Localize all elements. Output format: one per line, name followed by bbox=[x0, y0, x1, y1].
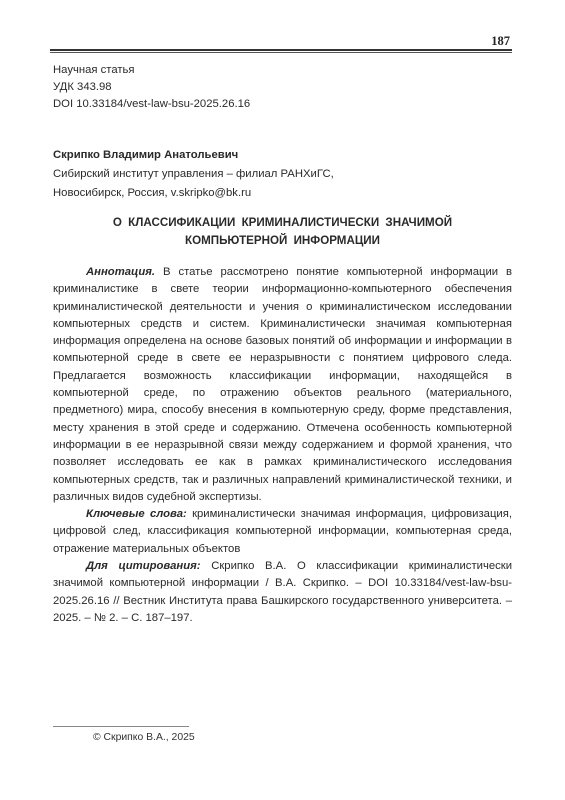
footnote-rule bbox=[53, 726, 189, 727]
doi: DOI 10.33184/vest-law-bsu-2025.26.16 bbox=[53, 96, 250, 113]
author-block: Скрипко Владимир Анатольевич Сибирский и… bbox=[53, 146, 334, 203]
author-name: Скрипко Владимир Анатольевич bbox=[53, 146, 334, 165]
copyright-notice: © Скрипко В.А., 2025 bbox=[93, 732, 195, 743]
keywords: Ключевые слова: криминалистически значим… bbox=[53, 506, 512, 558]
citation-label: Для цитирования: bbox=[86, 560, 201, 572]
title-line-1: О КЛАССИФИКАЦИИ КРИМИНАЛИСТИЧЕСКИ ЗНАЧИМ… bbox=[53, 214, 512, 232]
abstract-text: В статье рассмотрено понятие компьютерно… bbox=[53, 266, 512, 503]
article-meta: Научная статья УДК 343.98 DOI 10.33184/v… bbox=[53, 62, 250, 113]
running-header: 187 bbox=[50, 34, 512, 54]
keywords-label: Ключевые слова: bbox=[86, 508, 187, 520]
header-rule-thin bbox=[50, 52, 512, 53]
abstract: Аннотация. В статье рассмотрено понятие … bbox=[53, 264, 512, 506]
article-front-matter: Аннотация. В статье рассмотрено понятие … bbox=[53, 264, 512, 627]
abstract-label: Аннотация. bbox=[86, 266, 155, 278]
udk-code: УДК 343.98 bbox=[53, 79, 250, 96]
header-rule-thick bbox=[50, 49, 512, 51]
author-affiliation: Сибирский институт управления – филиал Р… bbox=[53, 165, 334, 184]
title-line-2: КОМПЬЮТЕРНОЙ ИНФОРМАЦИИ bbox=[53, 232, 512, 250]
author-location-email: Новосибирск, Россия, v.skripko@bk.ru bbox=[53, 184, 334, 203]
page-number: 187 bbox=[491, 34, 510, 49]
article-type: Научная статья bbox=[53, 62, 250, 79]
article-title: О КЛАССИФИКАЦИИ КРИМИНАЛИСТИЧЕСКИ ЗНАЧИМ… bbox=[53, 214, 512, 250]
citation: Для цитирования: Скрипко В.А. О классифи… bbox=[53, 558, 512, 627]
